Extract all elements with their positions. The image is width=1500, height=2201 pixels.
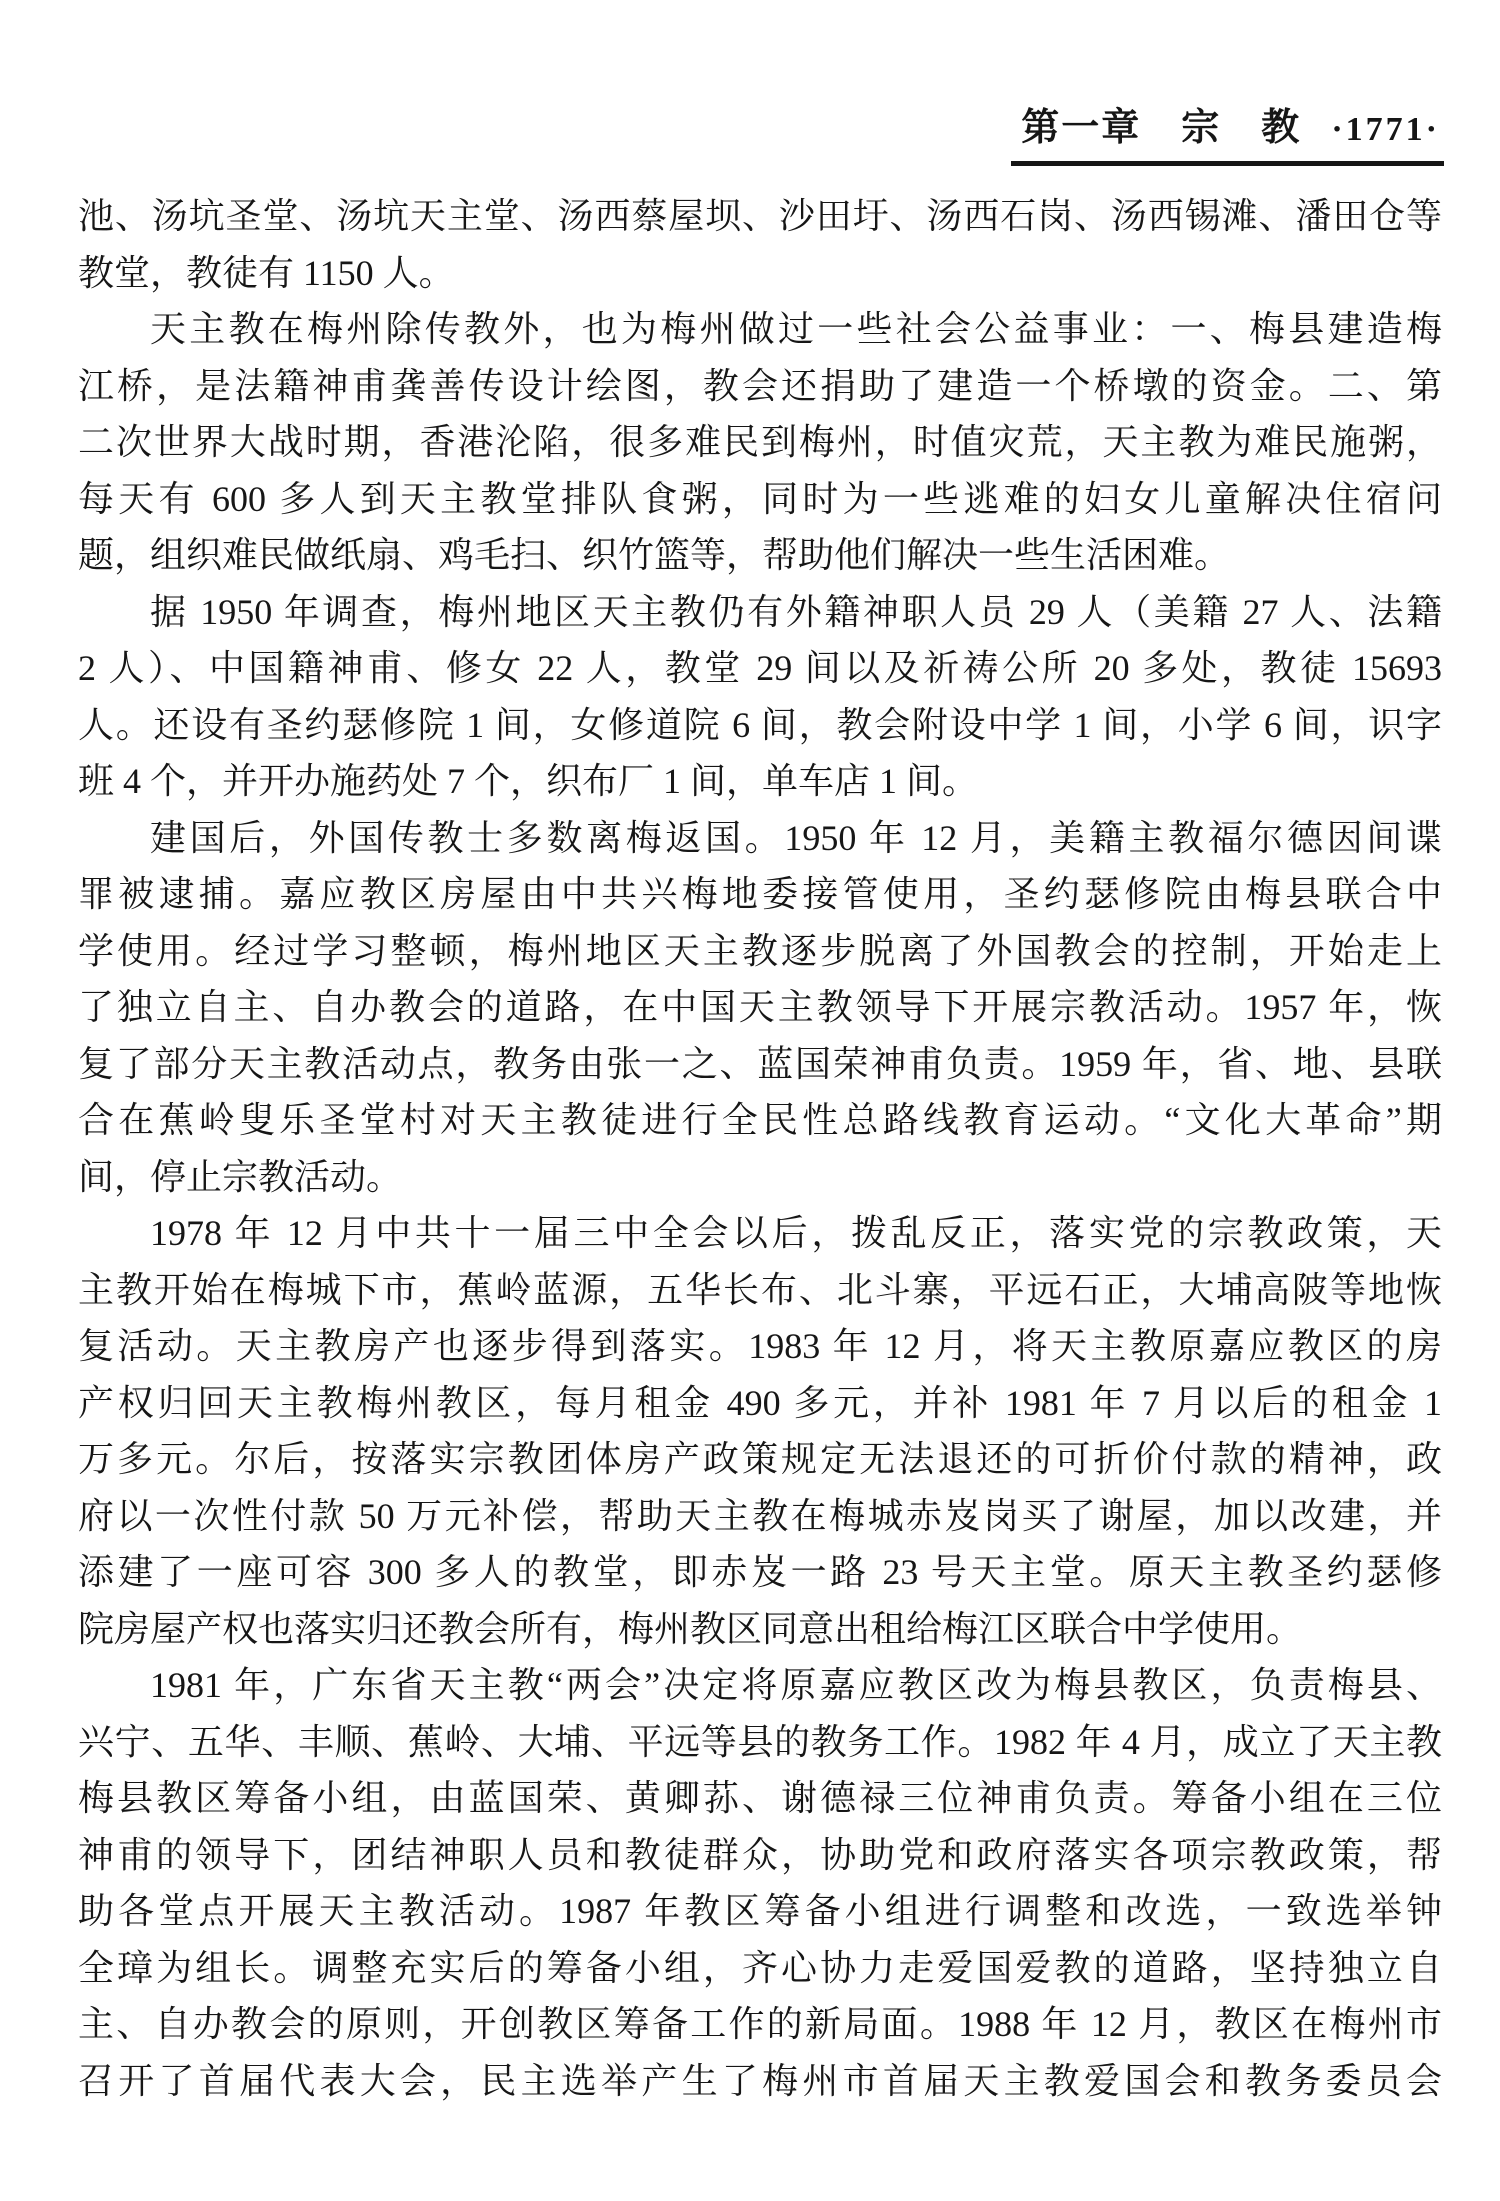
text-line: 每天有 600 多人到天主教堂排队食粥，同时为一些逃难的妇女儿童解决住宿问 — [78, 471, 1442, 528]
text-line: 学使用。经过学习整顿，梅州地区天主教逐步脱离了外国教会的控制，开始走上 — [78, 923, 1442, 980]
text-line: 建国后，外国传教士多数离梅返国。1950 年 12 月，美籍主教福尔德因间谍 — [78, 810, 1442, 867]
text-line: 班 4 个，并开办施药处 7 个，织布厂 1 间，单车店 1 间。 — [78, 753, 1442, 810]
text-line: 兴宁、五华、丰顺、蕉岭、大埔、平远等县的教务工作。1982 年 4 月，成立了天… — [78, 1714, 1442, 1771]
text-line: 全璋为组长。调整充实后的筹备小组，齐心协力走爱国爱教的道路，坚持独立自 — [78, 1940, 1442, 1997]
text-line: 池、汤坑圣堂、汤坑天主堂、汤西蔡屋坝、沙田圩、汤西石岗、汤西锡滩、潘田仓等 — [78, 188, 1442, 245]
text-line: 复了部分天主教活动点，教务由张一之、蓝国荣神甫负责。1959 年，省、地、县联 — [78, 1036, 1442, 1093]
text-line: 助各堂点开展天主教活动。1987 年教区筹备小组进行调整和改选，一致选举钟 — [78, 1883, 1442, 1940]
text-line: 据 1950 年调查，梅州地区天主教仍有外籍神职人员 29 人（美籍 27 人、… — [78, 584, 1442, 641]
text-line: 梅县教区筹备小组，由蓝国荣、黄卿荪、谢德禄三位神甫负责。筹备小组在三位 — [78, 1770, 1442, 1827]
text-line: 天主教在梅州除传教外，也为梅州做过一些社会公益事业：一、梅县建造梅 — [78, 301, 1442, 358]
text-line: 神甫的领导下，团结神职人员和教徒群众，协助党和政府落实各项宗教政策，帮 — [78, 1827, 1442, 1884]
text-line: 产权归回天主教梅州教区，每月租金 490 多元，并补 1981 年 7 月以后的… — [78, 1375, 1442, 1432]
text-line: 院房屋产权也落实归还教会所有，梅州教区同意出租给梅江区联合中学使用。 — [78, 1601, 1442, 1658]
text-line: 1978 年 12 月中共十一届三中全会以后，拨乱反正，落实党的宗教政策，天 — [78, 1205, 1442, 1262]
text-line: 江桥，是法籍神甫龚善传设计绘图，教会还捐助了建造一个桥墩的资金。二、第 — [78, 358, 1442, 415]
text-line: 人。还设有圣约瑟修院 1 间，女修道院 6 间，教会附设中学 1 间，小学 6 … — [78, 697, 1442, 754]
text-line: 添建了一座可容 300 多人的教堂，即赤岌一路 23 号天主堂。原天主教圣约瑟修 — [78, 1544, 1442, 1601]
text-line: 了独立自主、自办教会的道路，在中国天主教领导下开展宗教活动。1957 年，恢 — [78, 979, 1442, 1036]
text-line: 主、自办教会的原则，开创教区筹备工作的新局面。1988 年 12 月，教区在梅州… — [78, 1996, 1442, 2053]
running-head: 第一章 宗 教 ·1771· — [1011, 96, 1444, 166]
text-line: 合在蕉岭叟乐圣堂村对天主教徒进行全民性总路线教育运动。“文化大革命”期 — [78, 1092, 1442, 1149]
text-line: 教堂，教徒有 1150 人。 — [78, 245, 1442, 302]
body-text: 池、汤坑圣堂、汤坑天主堂、汤西蔡屋坝、沙田圩、汤西石岗、汤西锡滩、潘田仓等教堂，… — [78, 188, 1442, 2109]
scanned-book-page: 第一章 宗 教 ·1771· 池、汤坑圣堂、汤坑天主堂、汤西蔡屋坝、沙田圩、汤西… — [0, 0, 1500, 2201]
text-line: 府以一次性付款 50 万元补偿，帮助天主教在梅城赤岌岗买了谢屋，加以改建，并 — [78, 1488, 1442, 1545]
text-line: 1981 年，广东省天主教“两会”决定将原嘉应教区改为梅县教区，负责梅县、 — [78, 1657, 1442, 1714]
page-header: 第一章 宗 教 ·1771· — [1011, 96, 1444, 166]
text-line: 主教开始在梅城下市，蕉岭蓝源，五华长布、北斗寨，平远石正，大埔高陂等地恢 — [78, 1262, 1442, 1319]
text-line: 题，组织难民做纸扇、鸡毛扫、织竹篮等，帮助他们解决一些生活困难。 — [78, 527, 1442, 584]
chapter-title: 第一章 宗 教 — [1021, 107, 1301, 149]
text-line: 间，停止宗教活动。 — [78, 1149, 1442, 1206]
text-line: 二次世界大战时期，香港沦陷，很多难民到梅州，时值灾荒，天主教为难民施粥， — [78, 414, 1442, 471]
text-line: 罪被逮捕。嘉应教区房屋由中共兴梅地委接管使用，圣约瑟修院由梅县联合中 — [78, 866, 1442, 923]
text-line: 召开了首届代表大会，民主选举产生了梅州市首届天主教爱国会和教务委员会 — [78, 2053, 1442, 2110]
text-line: 2 人）、中国籍神甫、修女 22 人，教堂 29 间以及祈祷公所 20 多处，教… — [78, 640, 1442, 697]
text-line: 万多元。尔后，按落实宗教团体房产政策规定无法退还的可折价付款的精神，政 — [78, 1431, 1442, 1488]
text-line: 复活动。天主教房产也逐步得到落实。1983 年 12 月，将天主教原嘉应教区的房 — [78, 1318, 1442, 1375]
page-number: ·1771· — [1331, 111, 1440, 148]
